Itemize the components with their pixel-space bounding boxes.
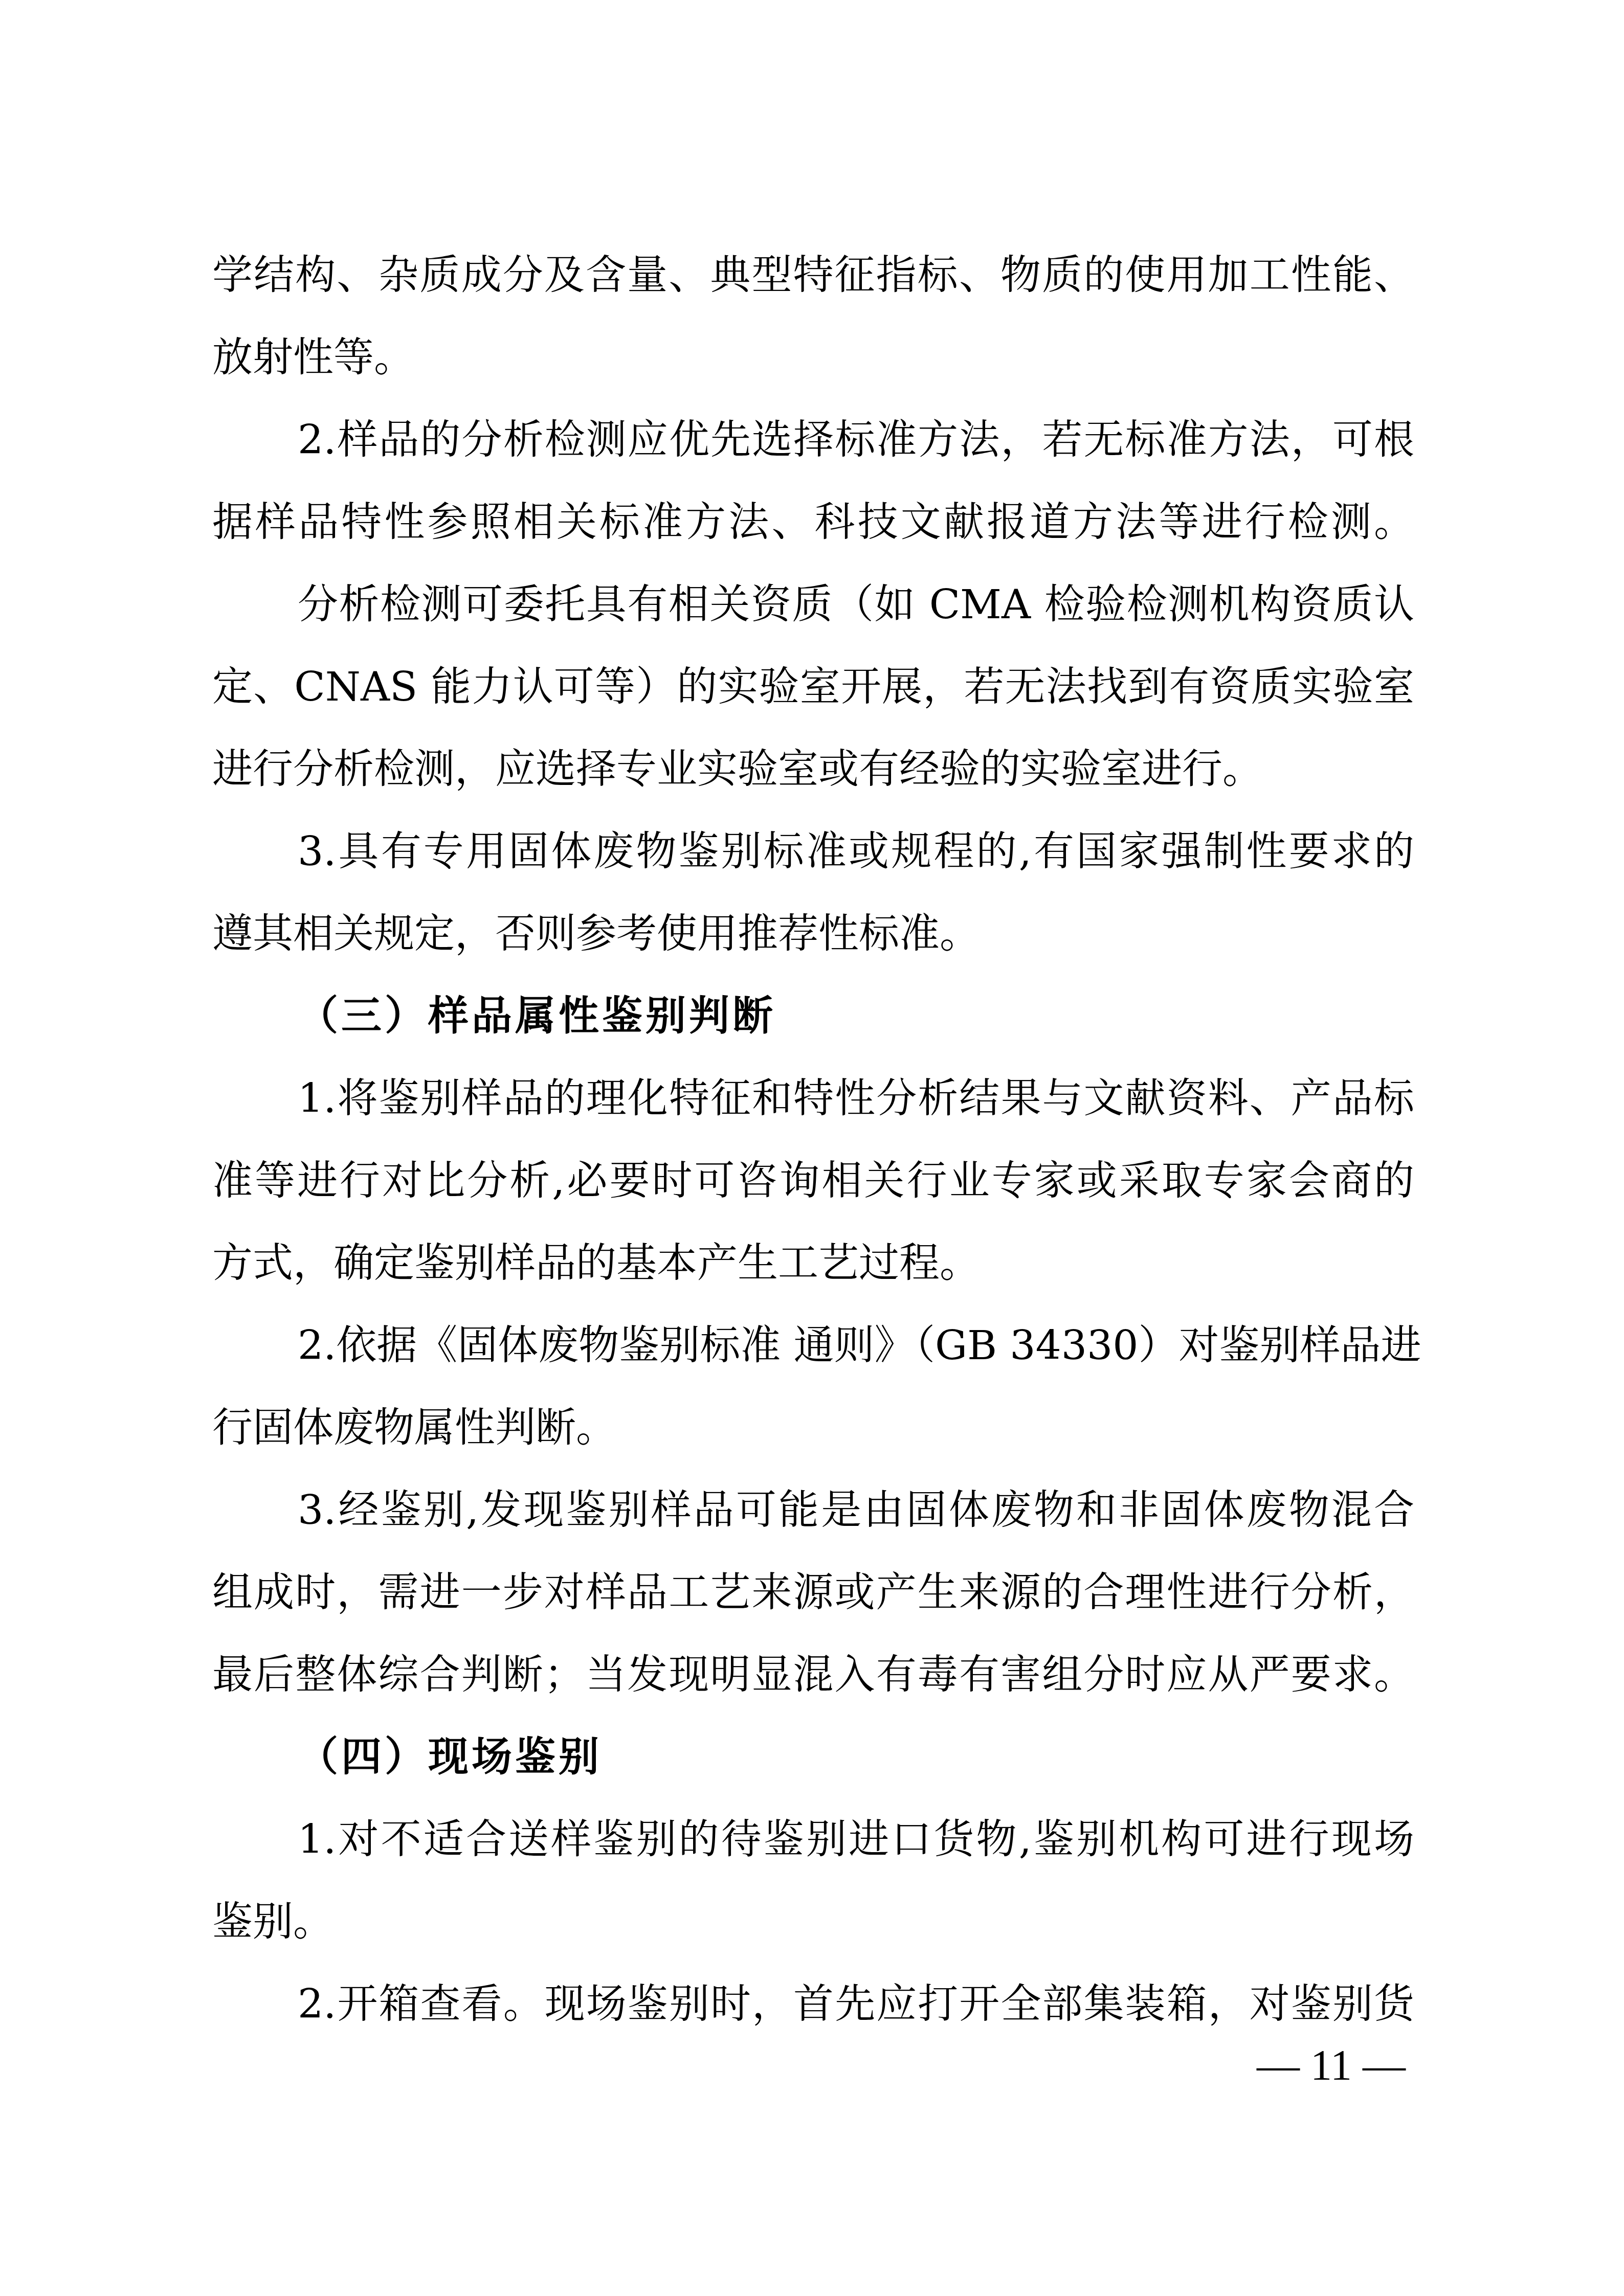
body-line-4: 据样品特性参照相关标准方法、科技文献报道方法等进行检测。 xyxy=(212,497,1414,548)
body-line-15: 行固体废物属性判断。 xyxy=(212,1402,1414,1453)
body-line-6: 定、CNAS 能力认可等）的实验室开展，若无法找到有资质实验室 xyxy=(212,661,1414,712)
body-line-9: 遵其相关规定，否则参考使用推荐性标准。 xyxy=(212,908,1414,959)
body-line-18: 最后整体综合判断；当发现明显混入有毒有害组分时应从严要求。 xyxy=(212,1649,1414,1700)
body-line-3: 2.样品的分析检测应优先选择标准方法，若无标准方法，可根 xyxy=(298,414,1414,465)
body-line-1: 学结构、杂质成分及含量、典型特征指标、物质的使用加工性能、 xyxy=(212,250,1414,301)
document-page: 学结构、杂质成分及含量、典型特征指标、物质的使用加工性能、 放射性等。 2.样品… xyxy=(0,0,1624,2296)
body-line-11: 1.将鉴别样品的理化特征和特性分析结果与文献资料、产品标 xyxy=(298,1073,1414,1124)
body-line-21: 鉴别。 xyxy=(212,1896,1414,1947)
body-line-17: 组成时，需进一步对样品工艺来源或产生来源的合理性进行分析， xyxy=(212,1567,1414,1618)
body-line-5: 分析检测可委托具有相关资质（如 CMA 检验检测机构资质认 xyxy=(298,579,1414,630)
section-heading-3: （三）样品属性鉴别判断 xyxy=(298,991,776,1042)
body-line-7: 进行分析检测，应选择专业实验室或有经验的实验室进行。 xyxy=(212,744,1414,795)
body-line-12: 准等进行对比分析,必要时可咨询相关行业专家或采取专家会商的 xyxy=(212,1155,1414,1206)
body-line-16: 3.经鉴别,发现鉴别样品可能是由固体废物和非固体废物混合 xyxy=(298,1484,1414,1536)
body-line-13: 方式，确定鉴别样品的基本产生工艺过程。 xyxy=(212,1237,1414,1289)
body-line-22: 2.开箱查看。现场鉴别时，首先应打开全部集装箱，对鉴别货 xyxy=(298,1978,1414,2030)
body-line-20: 1.对不适合送样鉴别的待鉴别进口货物,鉴别机构可进行现场 xyxy=(298,1814,1414,1865)
body-line-2: 放射性等。 xyxy=(212,332,1414,383)
section-heading-4: （四）现场鉴别 xyxy=(298,1731,602,1783)
page-number: — 11 — xyxy=(1243,2040,1419,2091)
body-line-8: 3.具有专用固体废物鉴别标准或规程的,有国家强制性要求的 xyxy=(298,826,1414,877)
body-line-14: 2.依据《固体废物鉴别标准 通则》（GB 34330）对鉴别样品进 xyxy=(298,1320,1414,1371)
